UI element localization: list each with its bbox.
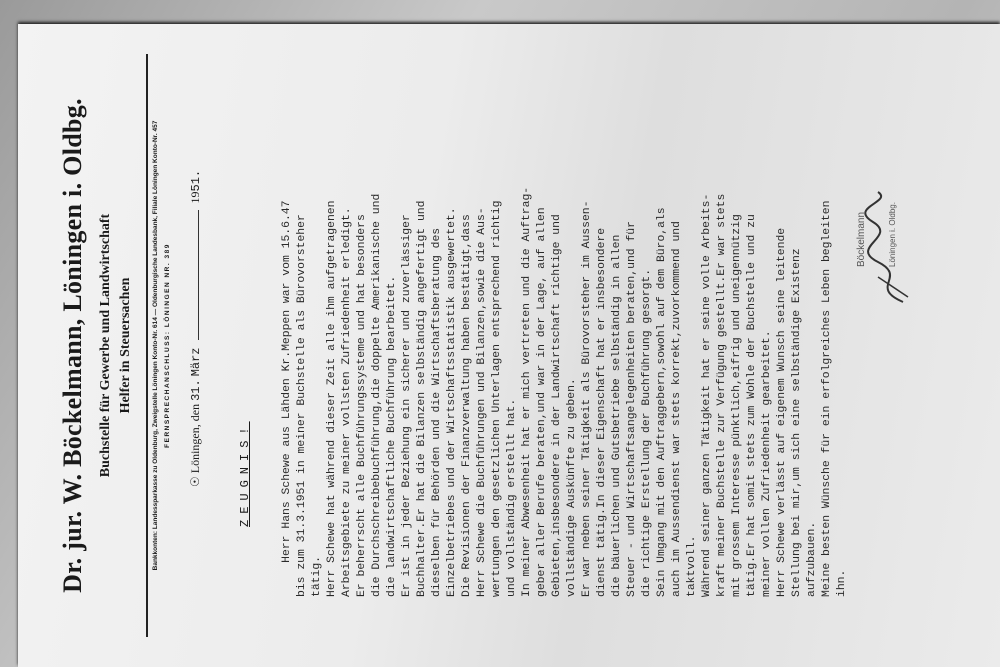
body-line: dienst tätig.In dieser Eigenschaft hat e… [595, 37, 610, 597]
document-sheet: Dr. jur. W. Böckelmann, Löningen i. Oldb… [18, 24, 1000, 667]
document-body: Herr Hans Schewe aus Lähden Kr.Meppen wa… [280, 37, 850, 597]
body-line: tätig. [310, 37, 325, 597]
date-day: 31. [189, 379, 203, 401]
letterhead-subtitle: Buchstelle für Gewerbe und Landwirtschaf… [98, 24, 114, 667]
body-line: Herr Schewe hat während dieser Zeit alle… [325, 37, 340, 597]
body-line: Er beherrscht alle Buchführungssysteme u… [355, 37, 370, 597]
body-line: ihn. [835, 37, 850, 597]
signature-block: Böckelmann Löningen i. Oldbg. [848, 157, 918, 307]
body-line: Buchhalter.Er hat die Bilanzen selbständ… [415, 37, 430, 597]
body-line: Arbeitsgebiete zu meiner vollsten Zufrie… [340, 37, 355, 597]
body-line: Die Revisionen der Finanzverwaltung habe… [460, 37, 475, 597]
body-line: Steuer - und Wirtschaftsangelegenheiten … [625, 37, 640, 597]
body-line: Meine besten Wünsche für ein erfolgreich… [820, 37, 835, 597]
body-line: wertungen den gesetzlichen Unterlagen en… [490, 37, 505, 597]
body-line: mit grossem Interesse pünktlich,eifrig u… [730, 37, 745, 597]
phone-line: FERNSPRECHANSCHLUSS: LÖNINGEN NR. 389 [164, 24, 171, 667]
bank-accounts-line: Bankkonten: Landessparkasse zu Oldenburg… [152, 24, 159, 667]
body-line: bis zum 31.3.1951 in meiner Buchstelle a… [295, 37, 310, 597]
body-line: In meiner Abwesenheit hat er mich vertre… [520, 37, 535, 597]
body-line: dieselben für Behörden und die Wirtschaf… [430, 37, 445, 597]
body-line: Gebieten,insbesondere in der Landwirtsch… [550, 37, 565, 597]
body-line: und vollständig erstellt hat. [505, 37, 520, 597]
body-line: vollständige Auskünfte zu geben. [565, 37, 580, 597]
body-line: meiner vollen Zufriedenheit gearbeitet. [760, 37, 775, 597]
stamp-name: Böckelmann [856, 212, 867, 267]
body-line: Während seiner ganzen Tätigkeit hat er s… [700, 37, 715, 597]
date-underline [198, 210, 199, 340]
body-line: Herr Schewe die Buchführungen und Bilanz… [475, 37, 490, 597]
rotated-page: Dr. jur. W. Böckelmann, Löningen i. Oldb… [18, 24, 1000, 667]
document-title: ZEUGNIS! [238, 421, 252, 527]
letterhead-divider [146, 54, 148, 637]
body-line: Herr Hans Schewe aus Lähden Kr.Meppen wa… [280, 37, 295, 597]
body-line: tätig.Er hat somit stets zum Wohle der B… [745, 37, 760, 597]
body-line: Er war neben seiner Tätigkeit als Bürovo… [580, 37, 595, 597]
date-year-suffix: 51. [189, 170, 203, 192]
letterhead-subtitle-2: Helfer in Steuersachen [118, 24, 134, 667]
body-line: Stellung bei mir,um sich eine selbständi… [790, 37, 805, 597]
body-line: kraft meiner Buchstelle zur Verfügung ge… [715, 37, 730, 597]
body-line: die richtige Erstellung der Buchführung … [640, 37, 655, 597]
body-line: Sein Umgang mit den Auftraggebern,sowohl… [655, 37, 670, 597]
dateline: ☉ Löningen, den 31. März 1951. [188, 170, 203, 487]
date-place: Löningen, den [188, 404, 202, 473]
body-line: Einzelbetriebes und der Wirtschaftsstati… [445, 37, 460, 597]
body-line: geber aller Berufe beraten,und war in de… [535, 37, 550, 597]
date-year-prefix: 19 [188, 191, 202, 203]
body-line: Herr Schewe verlässt auf eigenem Wunsch … [775, 37, 790, 597]
letterhead-name: Dr. jur. W. Böckelmann, Löningen i. Oldb… [58, 24, 88, 667]
body-line: auch im Aussendienst war stets korrekt,z… [670, 37, 685, 597]
body-line: die landwirtschaftliche Buchführung bear… [385, 37, 400, 597]
body-line: die bäuerlichen und Gutsbetriebe selbstä… [610, 37, 625, 597]
location-icon: ☉ [188, 476, 202, 487]
stamp-place: Löningen i. Oldbg. [888, 202, 897, 267]
body-line: die Durchschreibebuchführung,die doppelt… [370, 37, 385, 597]
date-month: März [189, 347, 203, 376]
body-line: aufzubauen. [805, 37, 820, 597]
body-line: taktvoll. [685, 37, 700, 597]
body-line: Er ist in jeder Beziehung ein sicherer u… [400, 37, 415, 597]
